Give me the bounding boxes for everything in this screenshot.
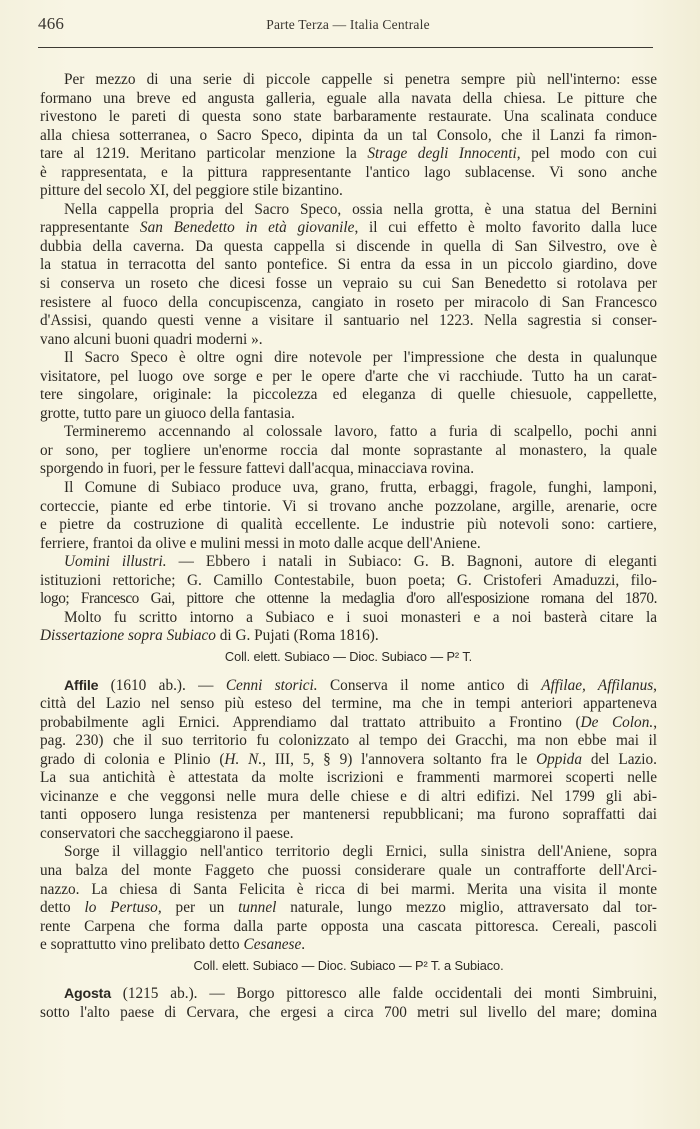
text-line: dubbia della caverna. Da questa cappella… bbox=[40, 238, 657, 257]
text-line: Il Sacro Speco è oltre ogni dire notevol… bbox=[40, 349, 657, 368]
text-line: vicinanze e che veggonsi nelle mura dell… bbox=[40, 788, 657, 807]
italic-title: Strage degli Innocenti bbox=[367, 145, 516, 162]
italic-citation: De Colon. bbox=[581, 714, 654, 731]
spacer bbox=[40, 667, 657, 677]
text-line: Sorge il villaggio nell'antico territori… bbox=[40, 843, 657, 862]
text-line: la statua in terracotta del santo pontef… bbox=[40, 256, 657, 275]
text-run: , pel modo con cui bbox=[517, 145, 657, 162]
text-line: e pietre da costruzione di qualità eccel… bbox=[40, 516, 657, 535]
book-page: 466 Parte Terza — Italia Centrale Per me… bbox=[0, 0, 700, 1129]
text-run: e soprattutto vino prelibato detto bbox=[40, 936, 244, 953]
text-line: probabilmente agli Ernici. Apprendiamo d… bbox=[40, 714, 657, 733]
body-text: Per mezzo di una serie di piccole cappel… bbox=[40, 71, 657, 1022]
admin-note-affile: Coll. elett. Subiaco — Dioc. Subiaco — P… bbox=[40, 957, 657, 976]
section-label: Uomini illustri. bbox=[64, 553, 167, 570]
italic-term: Cesanese bbox=[244, 936, 302, 953]
section-label: Cenni storici. bbox=[226, 677, 318, 694]
italic-term: Affilae, Affilanus bbox=[541, 677, 653, 694]
paragraph-prodotti-industrie: Il Comune di Subiaco produce uva, grano,… bbox=[40, 479, 657, 553]
text-run: (1610 ab.). — bbox=[98, 677, 226, 694]
running-title: Parte Terza — Italia Centrale bbox=[38, 17, 658, 33]
text-run: , il cui effetto è molto favorito dalla … bbox=[354, 219, 657, 236]
text-line: Il Comune di Subiaco produce uva, grano,… bbox=[40, 479, 657, 498]
text-run: Conserva il nome antico di bbox=[318, 677, 542, 694]
entry-affile: Affile (1610 ab.). — Cenni storici. Cons… bbox=[40, 677, 657, 976]
running-head: 466 Parte Terza — Italia Centrale bbox=[38, 14, 658, 38]
entry-agosta: Agosta (1215 ab.). — Borgo pittoresco al… bbox=[40, 985, 657, 1022]
text-line: tare al 1219. Meritano particolar menzio… bbox=[40, 145, 657, 164]
text-line: nazzo. La chiesa di Santa Felicita è ric… bbox=[40, 881, 657, 900]
text-line: La sua antichità è attestata da molte is… bbox=[40, 769, 657, 788]
text-run: (1215 ab.). — Borgo pittoresco alle fald… bbox=[111, 985, 657, 1002]
text-line: logo; Francesco Gai, pittore che ottenne… bbox=[40, 590, 657, 609]
text-line: conservatori che saccheggiarono il paese… bbox=[40, 825, 657, 844]
text-line: Per mezzo di una serie di piccole cappel… bbox=[40, 71, 657, 90]
paragraph-bibliografia: Molto fu scritto intorno a Subiaco e i s… bbox=[40, 609, 657, 646]
text-line: or sono, per togliere un'enorme roccia d… bbox=[40, 442, 657, 461]
text-run: , per un bbox=[158, 899, 238, 916]
text-run: probabilmente agli Ernici. Apprendiamo d… bbox=[40, 714, 581, 731]
text-line: Termineremo accennando al colossale lavo… bbox=[40, 423, 657, 442]
text-run: , bbox=[653, 677, 657, 694]
text-line: Uomini illustri. — Ebbero i natali in Su… bbox=[40, 553, 657, 572]
text-line: sporgendo in fuori, per le fessure fatte… bbox=[40, 460, 657, 479]
text-line: rivestono le pareti di questa sono state… bbox=[40, 108, 657, 127]
text-line: detto lo Pertuso, per un tunnel naturale… bbox=[40, 899, 657, 918]
text-run: naturale, lungo mezzo miglio, attraversa… bbox=[276, 899, 657, 916]
italic-title: San Benedetto in età giovanile bbox=[140, 219, 355, 236]
text-line: Nella cappella propria del Sacro Speco, … bbox=[40, 201, 657, 220]
text-run: di G. Pujati (Roma 1816). bbox=[216, 627, 379, 644]
italic-citation: H. N. bbox=[224, 751, 262, 768]
text-line: Dissertazione sopra Subiaco di G. Pujati… bbox=[40, 627, 657, 646]
admin-note-subiaco: Coll. elett. Subiaco — Dioc. Subiaco — P… bbox=[40, 648, 657, 667]
paragraph-sacro-speco-notevole: Il Sacro Speco è oltre ogni dire notevol… bbox=[40, 349, 657, 423]
text-line: Affile (1610 ab.). — Cenni storici. Cons… bbox=[40, 677, 657, 696]
text-line: alla chiesa sotterranea, o Sacro Speco, … bbox=[40, 127, 657, 146]
text-line: tanti opposero lunga resistenza per mant… bbox=[40, 806, 657, 825]
text-line: grado di colonia e Plinio (H. N., III, 5… bbox=[40, 751, 657, 770]
paragraph-cappella-sacro-speco: Nella cappella propria del Sacro Speco, … bbox=[40, 201, 657, 349]
text-line: resistere al fuoco della concupiscenza, … bbox=[40, 294, 657, 313]
italic-title: Dissertazione sopra Subiaco bbox=[40, 627, 216, 644]
text-run: , bbox=[653, 714, 657, 731]
italic-place: lo Pertuso bbox=[84, 899, 157, 916]
text-run: detto bbox=[40, 899, 84, 916]
text-run: grado di colonia e Plinio ( bbox=[40, 751, 224, 768]
text-line: Molto fu scritto intorno a Subiaco e i s… bbox=[40, 609, 657, 628]
text-line: è rappresentata, e la pittura rappresent… bbox=[40, 164, 657, 183]
text-line: ferriere, frantoi da olive e mulini mess… bbox=[40, 535, 657, 554]
text-line: si conserva un roseto che dicesi fosse u… bbox=[40, 275, 657, 294]
text-run: tare al 1219. Meritano particolar menzio… bbox=[40, 145, 367, 162]
italic-term: tunnel bbox=[238, 899, 276, 916]
text-line: e soprattutto vino prelibato detto Cesan… bbox=[40, 936, 657, 955]
paragraph-sacro-speco-galleria: Per mezzo di una serie di piccole cappel… bbox=[40, 71, 657, 201]
text-line: corteccie, piante ed erbe tintorie. Vi s… bbox=[40, 498, 657, 517]
text-line: pag. 230) che il suo territorio fu colon… bbox=[40, 732, 657, 751]
text-line: una balza del monte Faggeto che puossi c… bbox=[40, 862, 657, 881]
text-line: sotto l'alto paese di Cervara, che erges… bbox=[40, 1004, 657, 1023]
entry-title-agosta: Agosta bbox=[64, 986, 111, 1002]
text-run: — Ebbero i natali in Subiaco: G. B. Bagn… bbox=[167, 553, 657, 570]
text-line: città del Lazio nel senso più esteso del… bbox=[40, 695, 657, 714]
italic-term: Oppida bbox=[536, 751, 582, 768]
text-run: . bbox=[301, 936, 305, 953]
text-run: del Lazio. bbox=[582, 751, 657, 768]
text-run: rappresentante bbox=[40, 219, 140, 236]
paragraph-roccia: Termineremo accennando al colossale lavo… bbox=[40, 423, 657, 479]
text-line: Agosta (1215 ab.). — Borgo pittoresco al… bbox=[40, 985, 657, 1004]
text-line: grotte, tutto pare un giuoco della fanta… bbox=[40, 405, 657, 424]
entry-title-affile: Affile bbox=[64, 678, 98, 694]
text-line: istituzioni rettoriche; G. Camillo Conte… bbox=[40, 572, 657, 591]
spacer bbox=[40, 975, 657, 985]
text-run: , III, 5, § 9) l'annovera soltanto fra l… bbox=[262, 751, 536, 768]
text-line: vano alcuni buoni quadri moderni ». bbox=[40, 331, 657, 350]
header-rule bbox=[38, 47, 653, 48]
paragraph-uomini-illustri: Uomini illustri. — Ebbero i natali in Su… bbox=[40, 553, 657, 609]
text-line: tere singolare, originale: la piccolezza… bbox=[40, 386, 657, 405]
text-line: rappresentante San Benedetto in età giov… bbox=[40, 219, 657, 238]
text-line: visitatore, pel luogo ove sorge e per le… bbox=[40, 368, 657, 387]
text-line: formano una breve ed angusta galleria, e… bbox=[40, 90, 657, 109]
text-line: pitture del secolo XI, del peggiore stil… bbox=[40, 182, 657, 201]
text-line: d'Assisi, quando questi venne a visitare… bbox=[40, 312, 657, 331]
text-line: rente Carpena che forma dalla parte oppo… bbox=[40, 918, 657, 937]
